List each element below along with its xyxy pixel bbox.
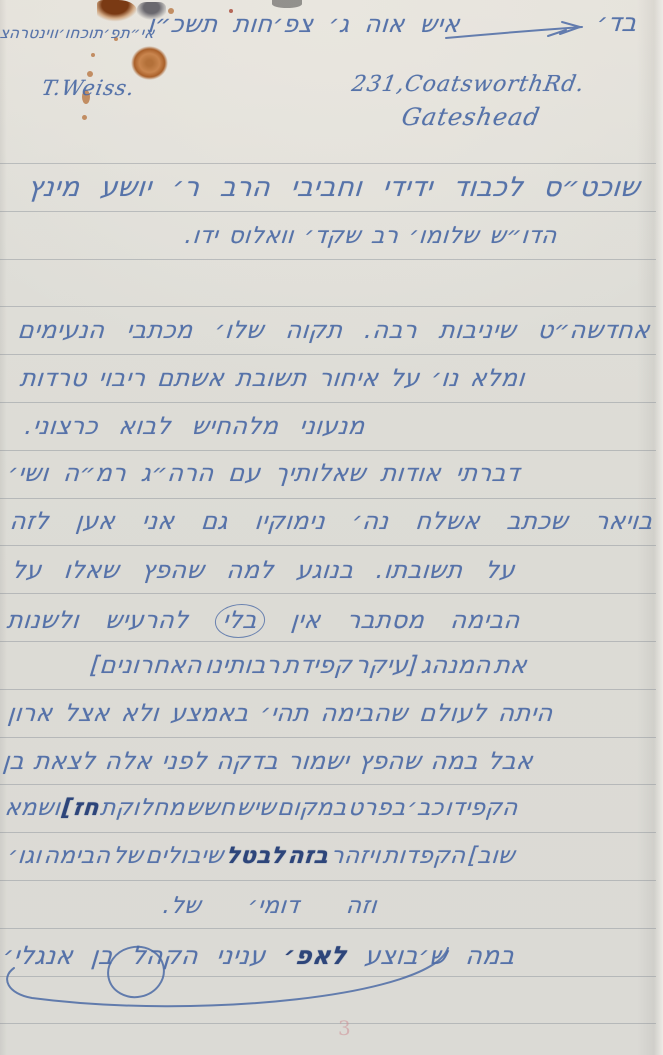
body-line-1: שוכט״סלכבודידידיוחביביהרבר׳יושעמינץ bbox=[26, 172, 641, 203]
ink-stain bbox=[131, 46, 168, 80]
handwritten-word: הנעימים bbox=[17, 316, 107, 344]
handwritten-word: נו׳ bbox=[430, 364, 461, 392]
handwritten-word: אען bbox=[75, 507, 117, 535]
handwritten-word: שאלותיך bbox=[274, 459, 368, 487]
handwritten-word: חשש bbox=[185, 795, 237, 821]
handwritten-word: לבוא bbox=[118, 412, 173, 440]
ruled-line bbox=[0, 641, 656, 642]
handwritten-word: [עיקר bbox=[354, 651, 420, 679]
handwritten-word: שיבולים bbox=[144, 843, 225, 869]
handwritten-word: אשתם bbox=[156, 364, 226, 392]
handwritten-word: תשובת bbox=[234, 364, 308, 392]
handwritten-word: על bbox=[389, 364, 422, 392]
ruled-line bbox=[0, 976, 656, 977]
handwritten-word: של. bbox=[162, 893, 203, 919]
body-line-7: בויארשכתבאשלחנה׳נימוקיוגםאניאעןלזה bbox=[9, 507, 655, 535]
ruled-line bbox=[0, 784, 656, 785]
handwritten-word: רבותינו bbox=[204, 651, 282, 679]
handwritten-word: בנוגע bbox=[295, 556, 355, 584]
handwritten-word: שקד׳ bbox=[303, 223, 362, 249]
handwritten-word: נימוקיו bbox=[254, 507, 327, 535]
handwritten-word: ידו. bbox=[184, 223, 220, 249]
handwritten-word: עם bbox=[227, 459, 262, 487]
body-line-3: אחדשה״טשיניבותרבה.תקוהשלו׳מכתביהנעימים bbox=[17, 316, 652, 344]
handwritten-word: Gateshead bbox=[400, 103, 543, 131]
body-line-13: הקפידוכב׳בפרטבמקוםשישחששמחלוקתחז]ושמא bbox=[4, 795, 520, 821]
sender-signature: T.Weiss. bbox=[40, 76, 144, 100]
handwritten-word: של bbox=[112, 843, 145, 869]
handwritten-word: אשלח bbox=[414, 507, 481, 535]
handwritten-word: מחלוקת bbox=[99, 795, 186, 821]
handwritten-word: Rd. bbox=[542, 72, 587, 97]
handwritten-word: לצאת bbox=[33, 747, 98, 775]
handwritten-word: יושע bbox=[99, 172, 154, 203]
top-left-note: אי״תפ׳תוכחו׳ווינטרהצ׳ית׳ bbox=[4, 24, 156, 42]
body-line-8: עלתשובתו.בנוגעלמהשהפץשאלועל bbox=[11, 556, 517, 584]
handwritten-word: במקום bbox=[276, 795, 348, 821]
handwritten-word: לאפ׳ bbox=[282, 941, 348, 970]
body-line-6: דברתיאודותשאלותיךעםהרה״גרמ״הושי׳ bbox=[7, 459, 522, 487]
handwritten-word: תקוה bbox=[284, 316, 344, 344]
handwritten-word: על bbox=[11, 556, 44, 584]
handwritten-word: טרדות bbox=[19, 364, 89, 392]
handwritten-word: תהי׳ bbox=[259, 699, 311, 727]
handwritten-word: בד׳ bbox=[595, 8, 638, 37]
handwritten-word: עניני bbox=[215, 941, 267, 970]
handwritten-word: המנהג bbox=[420, 651, 493, 679]
handwritten-word: חז] bbox=[61, 795, 101, 821]
ruled-line bbox=[0, 928, 656, 929]
handwritten-word: צפ׳חות bbox=[232, 10, 315, 38]
body-line-16: במהש׳בוצעלאפ׳עניניהקהלבןאנגלי׳ bbox=[1, 941, 516, 970]
body-line-5: מנעונימלהחישלבואכרצוני. bbox=[24, 412, 367, 440]
handwritten-word: במה bbox=[430, 747, 480, 775]
body-line-10: אתהמנהג[עיקרקפידתרבותינוהאחרונים] bbox=[89, 651, 529, 679]
handwritten-word: לפני bbox=[160, 747, 209, 775]
handwritten-word: את bbox=[493, 651, 529, 679]
handwritten-word: בויאר bbox=[594, 507, 655, 535]
handwritten-word: רבה. bbox=[363, 316, 419, 344]
handwritten-word: רמ״ה bbox=[62, 459, 128, 487]
handwritten-word: ישמור bbox=[287, 747, 351, 775]
handwritten-word: ושי׳ bbox=[7, 459, 51, 487]
body-line-12: אבלבמהשהפץישמורבדקהלפניאלהלצאתבן bbox=[2, 747, 535, 775]
handwritten-word: בפרט bbox=[347, 795, 407, 821]
handwritten-word: שוב] bbox=[467, 843, 517, 869]
handwritten-word: תשובתו. bbox=[375, 556, 465, 584]
handwritten-word: נה׳ bbox=[351, 507, 391, 535]
smudge-stain bbox=[272, 0, 302, 8]
ruled-line bbox=[0, 880, 656, 881]
ruled-line bbox=[0, 593, 656, 594]
handwritten-word: דומי׳ bbox=[247, 893, 301, 919]
handwritten-word: שהבימה bbox=[319, 699, 409, 727]
ink-stain bbox=[97, 0, 137, 24]
handwritten-word: במה bbox=[464, 941, 516, 970]
handwritten-word: אבל bbox=[486, 747, 534, 775]
handwritten-word: אלה bbox=[104, 747, 154, 775]
handwritten-word: ג׳ bbox=[327, 10, 351, 38]
handwritten-word: הבימה bbox=[43, 843, 112, 869]
handwritten-word: אנגלי׳ bbox=[2, 941, 75, 970]
handwritten-word: מסתבר bbox=[345, 606, 426, 634]
handwritten-word: ר׳ bbox=[171, 172, 202, 203]
page-number-watermark: 3 bbox=[338, 1016, 351, 1040]
handwritten-word: לכבוד bbox=[452, 172, 525, 203]
handwritten-word: למה bbox=[225, 556, 275, 584]
body-line-15: וזהדומי׳של. bbox=[162, 893, 379, 919]
handwritten-word: וגו׳ bbox=[7, 843, 43, 869]
body-line-14: שוב]הקפדותויזהרבזהלבטלשיבוליםשלהבימהוגו׳ bbox=[7, 843, 517, 869]
ruled-line bbox=[0, 737, 656, 738]
bsd-mark: בד׳ bbox=[583, 8, 638, 37]
handwritten-word: וזה bbox=[345, 893, 378, 919]
handwritten-word: שוכט״ס bbox=[542, 172, 641, 203]
handwritten-word: אצל bbox=[63, 699, 111, 727]
handwritten-word: וחביבי bbox=[289, 172, 364, 203]
ruled-line bbox=[0, 1023, 656, 1024]
body-line-9: הבימהמסתבראיןבלילהרעישולשנות bbox=[5, 604, 522, 638]
handwritten-word: כרצוני. bbox=[24, 412, 100, 440]
handwritten-word: ושמא bbox=[4, 795, 62, 821]
ruled-line bbox=[0, 402, 656, 403]
handwritten-word: ולשנות bbox=[6, 606, 81, 634]
handwritten-word: אוה bbox=[364, 10, 407, 38]
handwritten-word: ארון bbox=[7, 699, 55, 727]
handwritten-word: להרעיש bbox=[104, 606, 190, 634]
date-line: אישאוהג׳צפ׳חותתשכ״ו bbox=[147, 10, 462, 38]
ruled-line bbox=[0, 545, 656, 546]
handwritten-word: הרב bbox=[219, 172, 272, 203]
address-line-1: 231,CoatsworthRd. bbox=[350, 72, 562, 97]
handwritten-word: גם bbox=[200, 507, 230, 535]
handwritten-word: איחור bbox=[317, 364, 380, 392]
handwritten-word: ריבוי bbox=[97, 364, 147, 392]
handwritten-word: אודות bbox=[379, 459, 442, 487]
handwritten-word: לעולם bbox=[418, 699, 488, 727]
handwritten-word: ווינטרה bbox=[8, 24, 59, 42]
letter-page: אי״תפ׳תוכחו׳ווינטרהצ׳ית׳אישאוהג׳צפ׳חותתש… bbox=[0, 0, 663, 1055]
handwritten-word: הקפדות bbox=[382, 843, 467, 869]
body-line-11: היתהלעולםשהבימהתהי׳באמצעולאאצלארון bbox=[7, 699, 555, 727]
ruled-line bbox=[0, 354, 656, 355]
handwritten-word: האחרונים] bbox=[89, 651, 204, 679]
handwritten-word: אחדשה״ט bbox=[536, 316, 651, 344]
handwritten-word: בן bbox=[2, 747, 26, 775]
body-line-2: הדו״ששלומו׳רבשקד׳וואלוסידו. bbox=[184, 223, 559, 249]
handwritten-word: קפידת bbox=[282, 651, 354, 679]
handwritten-word: באמצע bbox=[169, 699, 250, 727]
handwritten-word: מינץ bbox=[26, 172, 81, 203]
handwritten-word: שיניבות bbox=[438, 316, 518, 344]
handwritten-word: הקהל bbox=[130, 941, 200, 970]
handwritten-word: הדו״ש bbox=[488, 223, 558, 249]
ruled-line bbox=[0, 498, 656, 499]
handwritten-word: בזה bbox=[287, 843, 330, 869]
handwritten-word: איש bbox=[419, 10, 462, 38]
handwritten-word: 231, bbox=[350, 72, 407, 97]
ruled-line bbox=[0, 306, 656, 307]
handwritten-word: שיש bbox=[236, 795, 278, 821]
handwritten-word: פ׳תוכחו׳ bbox=[58, 24, 122, 42]
handwritten-word: וואלוס bbox=[227, 223, 295, 249]
body-line-4: ומלאנו׳עלאיחורתשובתאשתםריבויטרדות bbox=[19, 364, 527, 392]
handwritten-word: היתה bbox=[497, 699, 554, 727]
arrow-head-icon bbox=[560, 22, 580, 34]
handwritten-word: שכתב bbox=[505, 507, 569, 535]
handwritten-word: שהפץ bbox=[140, 556, 206, 584]
arrow-stroke bbox=[446, 27, 582, 38]
handwritten-word: על bbox=[484, 556, 517, 584]
handwritten-word: Coatsworth bbox=[403, 72, 546, 97]
handwritten-word: כב׳ bbox=[406, 795, 445, 821]
handwritten-word: רב bbox=[370, 223, 400, 249]
handwritten-word: מלהחיש bbox=[191, 412, 281, 440]
handwritten-word: מכתבי bbox=[125, 316, 194, 344]
handwritten-word: בדקה bbox=[215, 747, 280, 775]
handwritten-word: אני bbox=[140, 507, 175, 535]
arrow-head-icon bbox=[548, 30, 566, 36]
ruled-line bbox=[0, 163, 656, 164]
ink-droplet bbox=[91, 53, 95, 57]
handwritten-word: ולא bbox=[120, 699, 161, 727]
ink-droplet bbox=[82, 115, 87, 120]
handwritten-word: הבימה bbox=[449, 606, 521, 634]
ruled-line bbox=[0, 689, 656, 690]
ruled-line bbox=[0, 450, 656, 451]
handwritten-word: ומלא bbox=[469, 364, 526, 392]
handwritten-word: בן bbox=[90, 941, 115, 970]
handwritten-word: T.Weiss. bbox=[40, 76, 137, 100]
handwritten-word: הרה״ג bbox=[140, 459, 216, 487]
ruled-line bbox=[0, 211, 656, 212]
handwritten-word: שאלו bbox=[63, 556, 121, 584]
handwritten-word: הקפידו bbox=[444, 795, 519, 821]
address-line-2: Gateshead bbox=[400, 103, 537, 131]
handwritten-word: אין bbox=[290, 606, 322, 634]
circled-word: בלי bbox=[213, 604, 267, 638]
handwritten-word: שלומו׳ bbox=[408, 223, 481, 249]
handwritten-word: לזה bbox=[9, 507, 51, 535]
handwritten-word: ויזהר bbox=[329, 843, 382, 869]
handwritten-word: לבטל bbox=[225, 843, 287, 869]
handwritten-word: ידידי bbox=[381, 172, 434, 203]
handwritten-word: מנעוני bbox=[298, 412, 366, 440]
handwritten-word: ש׳בוצע bbox=[363, 941, 449, 970]
handwritten-word: דברתי bbox=[454, 459, 521, 487]
handwritten-word: שלו׳ bbox=[213, 316, 265, 344]
handwritten-word: שהפץ bbox=[357, 747, 423, 775]
handwritten-word: תשכ״ו bbox=[147, 10, 220, 38]
ruled-line bbox=[0, 259, 656, 260]
ruled-line bbox=[0, 832, 656, 833]
